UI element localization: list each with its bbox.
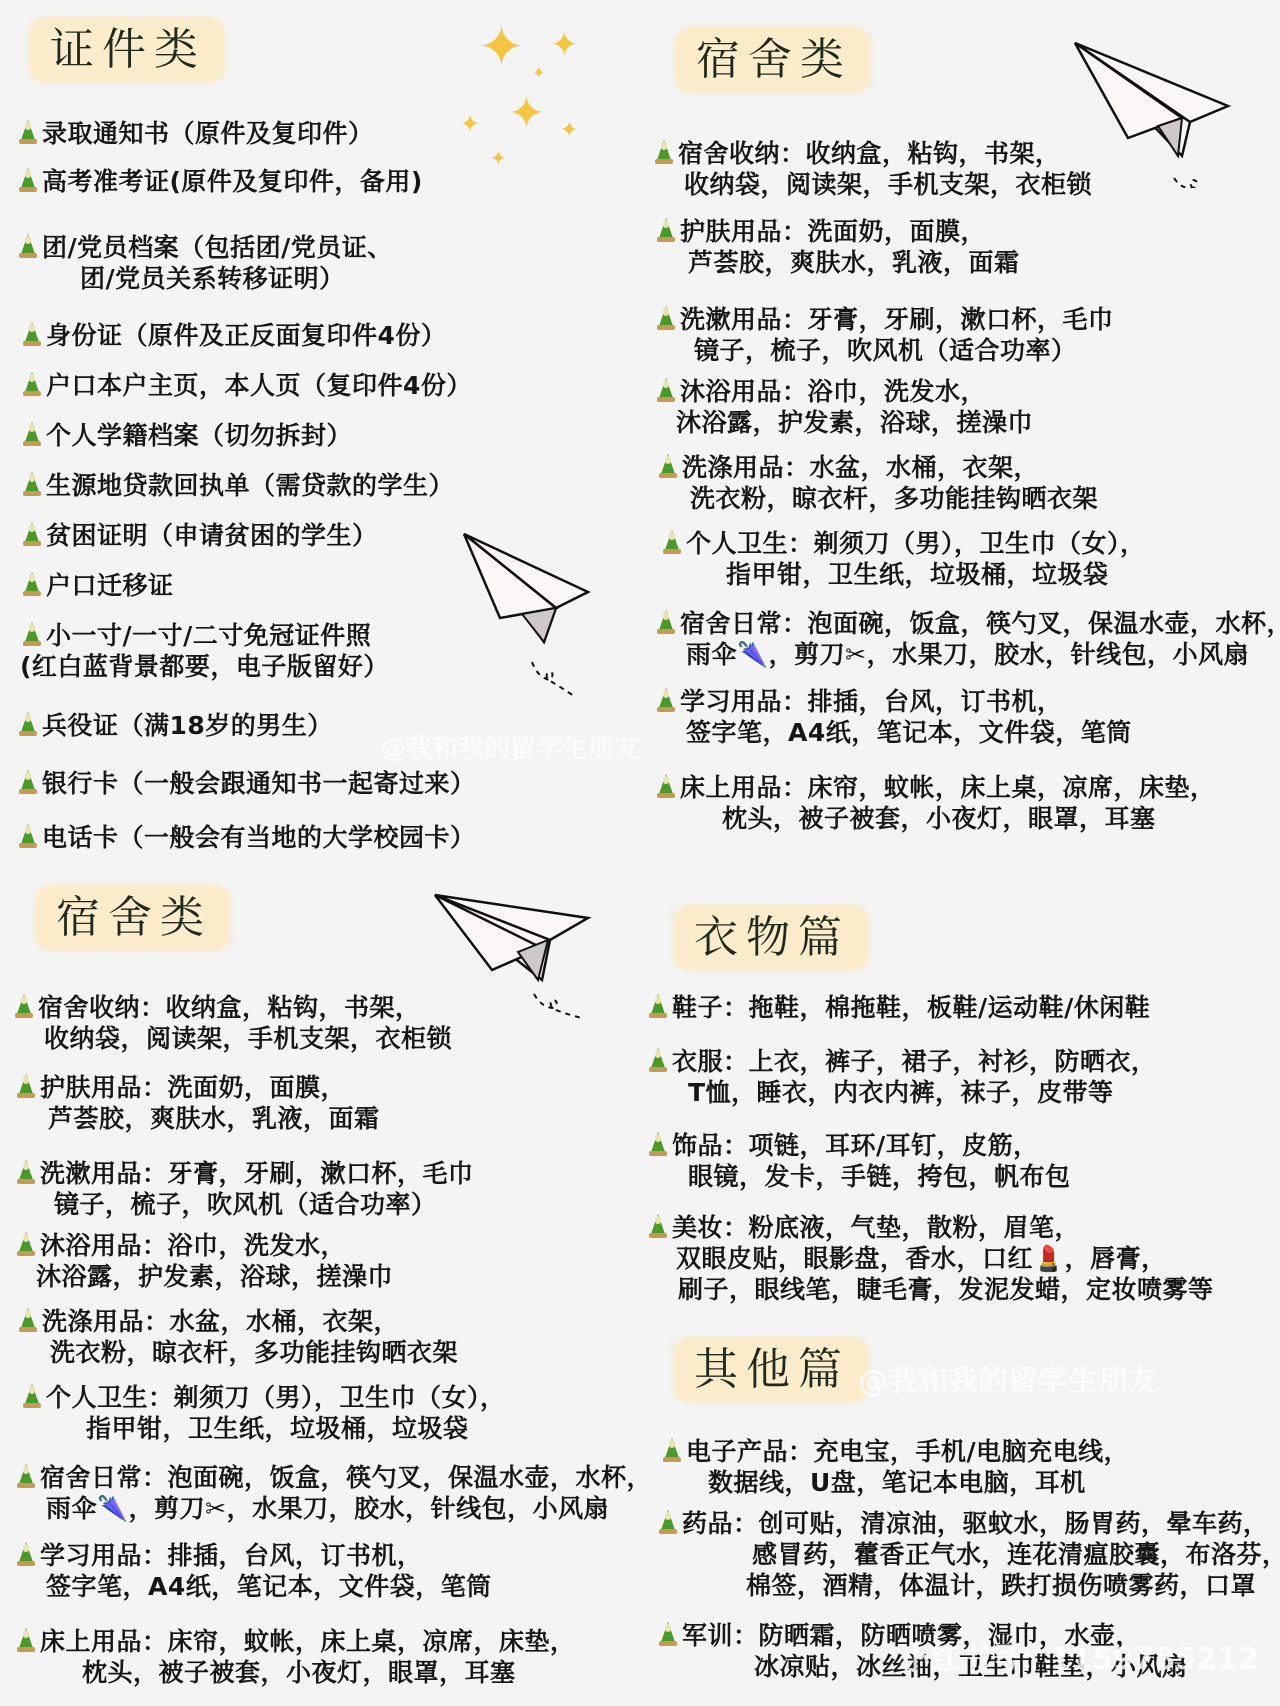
tree-bullet-icon <box>22 320 42 348</box>
list-item: 个人卫生：剃须刀（男），卫生巾（女）， 指甲钳，卫生纸，垃圾桶，垃圾袋 <box>22 1382 506 1444</box>
list-item: 饰品：项链，耳环/耳钉，皮筋， 眼镜，发卡，手链，挎包，帆布包 <box>648 1130 1071 1192</box>
list-item: 生源地贷款回执单（需贷款的学生） <box>22 470 454 501</box>
tree-bullet-icon <box>14 992 34 1020</box>
tree-bullet-icon <box>656 216 676 244</box>
list-item: 宿舍收纳：收纳盒，粘钩，书架， 收纳袋，阅读架，手机支架，衣柜锁 <box>654 138 1092 200</box>
tree-bullet-icon <box>18 710 38 738</box>
tree-bullet-icon <box>18 166 38 194</box>
list-item: 高考准考证(原件及复印件，备用) <box>18 166 423 197</box>
list-item: 洗漱用品：牙膏，牙刷，漱口杯，毛巾 镜子，梳子，吹风机（适合功率） <box>16 1158 474 1220</box>
list-item: 团/党员档案（包括团/党员证、 团/党员关系转移证明） <box>18 232 393 294</box>
tree-bullet-icon <box>656 608 676 636</box>
list-item: 护肤用品：洗面奶，面膜， 芦荟胶，爽肤水，乳液，面霜 <box>16 1072 380 1134</box>
list-item: 护肤用品：洗面奶，面膜， 芦荟胶，爽肤水，乳液，面霜 <box>656 216 1020 278</box>
tree-bullet-icon <box>18 1306 38 1334</box>
sparkles: ✦ ✦ ✦ ✦ ✦ ✦ ✦ <box>460 20 600 160</box>
list-item: 贫困证明（申请贫困的学生） <box>22 520 378 551</box>
tree-bullet-icon <box>658 1620 678 1648</box>
list-item: 户口迁移证 <box>22 570 174 601</box>
tree-bullet-icon <box>22 570 42 598</box>
sparkle-icon: ✦ <box>490 148 507 168</box>
tree-bullet-icon <box>22 370 42 398</box>
paper-plane-icon <box>1070 38 1240 188</box>
list-item: 洗漱用品：牙膏，牙刷，漱口杯，毛巾 镜子，梳子，吹风机（适合功率） <box>656 304 1114 366</box>
section-title-clothing: 衣物篇 <box>674 906 868 970</box>
section-title-documents: 证件类 <box>30 18 224 82</box>
tree-bullet-icon <box>656 304 676 332</box>
tree-bullet-icon <box>648 1130 668 1158</box>
paper-plane-icon <box>430 890 600 1040</box>
list-item: 衣服：上衣，裤子，裙子，衬衫，防晒衣， T恤，睡衣，内衣内裤，袜子，皮带等 <box>648 1046 1157 1108</box>
list-item: 床上用品：床帘，蚊帐，床上桌，凉席，床垫， 枕头，被子被套，小夜灯，眼罩，耳塞 <box>16 1626 576 1688</box>
list-item: 学习用品：排插，台风，订书机， 签字笔，A4纸，笔记本，文件袋，笔筒 <box>16 1540 492 1602</box>
section-title-dorm-repeat: 宿舍类 <box>36 886 230 950</box>
tree-bullet-icon <box>18 822 38 850</box>
list-item: 银行卡（一般会跟通知书一起寄过来） <box>18 768 476 799</box>
list-item: 床上用品：床帘，蚊帐，床上桌，凉席，床垫， 枕头，被子被套，小夜灯，眼罩，耳塞 <box>656 772 1216 834</box>
tree-bullet-icon <box>16 1158 36 1186</box>
list-item: 小一寸/一寸/二寸免冠证件照 (红白蓝背景都要，电子版留好） <box>22 620 389 682</box>
list-item: 录取通知书（原件及复印件） <box>18 118 374 149</box>
sparkle-icon: ✦ <box>532 65 545 81</box>
list-item: 户口本户主页，本人页（复印件4份） <box>22 370 472 401</box>
list-item: 药品：创可贴，清凉油，驱蚊水，肠胃药，晕车药， 感冒药，藿香正气水，连花清瘟胶囊… <box>658 1508 1280 1601</box>
list-item: 兵役证（满18岁的男生） <box>18 710 333 741</box>
sparkle-icon: ✦ <box>508 92 545 136</box>
tree-bullet-icon <box>656 376 676 404</box>
list-item: 身份证（原件及正反面复印件4份） <box>22 320 446 351</box>
list-item: 沐浴用品：浴巾，洗发水， 沐浴露，护发素，浴球，搓澡巾 <box>656 376 1033 438</box>
list-item: 宿舍收纳：收纳盒，粘钩，书架， 收纳袋，阅读架，手机支架，衣柜锁 <box>14 992 452 1054</box>
list-item: 鞋子：拖鞋，棉拖鞋，板鞋/运动鞋/休闲鞋 <box>648 992 1150 1023</box>
tree-bullet-icon <box>18 118 38 146</box>
sparkle-icon: ✦ <box>560 120 578 142</box>
sparkle-icon: ✦ <box>460 112 480 136</box>
tree-bullet-icon <box>648 992 668 1020</box>
list-item: 洗涤用品：水盆，水桶，衣架， 洗衣粉，晾衣杆，多功能挂钩晒衣架 <box>18 1306 458 1368</box>
tree-bullet-icon <box>648 1046 668 1074</box>
list-item: 美妆：粉底液，气垫，散粉，眉笔， 双眼皮贴，眼影盘，香水，口红💄，唇膏， 刷子，… <box>648 1212 1214 1305</box>
sparkle-icon: ✦ <box>478 20 525 76</box>
tree-bullet-icon <box>662 1436 682 1464</box>
watermark: 小红书号：1159785212 <box>900 1634 1259 1678</box>
list-item: 电子产品：充电宝，手机/电脑充电线， 数据线，U盘，笔记本电脑，耳机 <box>662 1436 1129 1498</box>
tree-bullet-icon <box>16 1230 36 1258</box>
list-item: 洗涤用品：水盆，水桶，衣架， 洗衣粉，晾衣杆，多功能挂钩晒衣架 <box>658 452 1098 514</box>
tree-bullet-icon <box>18 768 38 796</box>
section-title-others: 其他篇 <box>674 1338 868 1402</box>
tree-bullet-icon <box>16 1540 36 1568</box>
tree-bullet-icon <box>658 1508 678 1536</box>
section-title-dorm: 宿舍类 <box>676 28 870 92</box>
sparkle-icon: ✦ <box>550 28 579 62</box>
tree-bullet-icon <box>658 452 678 480</box>
tree-bullet-icon <box>662 528 682 556</box>
tree-bullet-icon <box>22 520 42 548</box>
watermark: @我和我的留学生朋友 <box>380 728 640 765</box>
tree-bullet-icon <box>16 1462 36 1490</box>
tree-bullet-icon <box>654 138 674 166</box>
list-item: 学习用品：排插，台风，订书机， 签字笔，A4纸，笔记本，文件袋，笔筒 <box>656 686 1132 748</box>
tree-bullet-icon <box>656 686 676 714</box>
paper-plane-icon <box>460 530 610 700</box>
list-item: 电话卡（一般会有当地的大学校园卡） <box>18 822 476 853</box>
list-item: 宿舍日常：泡面碗，饭盒，筷勺叉，保温水壶，水杯， 雨伞🌂，剪刀✂，水果刀，胶水，… <box>656 608 1280 670</box>
list-item: 宿舍日常：泡面碗，饭盒，筷勺叉，保温水壶，水杯， 雨伞🌂，剪刀✂，水果刀，胶水，… <box>16 1462 652 1524</box>
list-item: 沐浴用品：浴巾，洗发水， 沐浴露，护发素，浴球，搓澡巾 <box>16 1230 393 1292</box>
tree-bullet-icon <box>18 232 38 260</box>
list-item: 个人卫生：剃须刀（男），卫生巾（女）， 指甲钳，卫生纸，垃圾桶，垃圾袋 <box>662 528 1146 590</box>
list-item: 个人学籍档案（切勿拆封） <box>22 420 352 451</box>
tree-bullet-icon <box>16 1626 36 1654</box>
tree-bullet-icon <box>22 620 42 648</box>
watermark: @我和我的留学生朋友 <box>858 1356 1158 1400</box>
tree-bullet-icon <box>22 470 42 498</box>
tree-bullet-icon <box>22 420 42 448</box>
tree-bullet-icon <box>648 1212 668 1240</box>
tree-bullet-icon <box>22 1382 42 1410</box>
tree-bullet-icon <box>656 772 676 800</box>
tree-bullet-icon <box>16 1072 36 1100</box>
